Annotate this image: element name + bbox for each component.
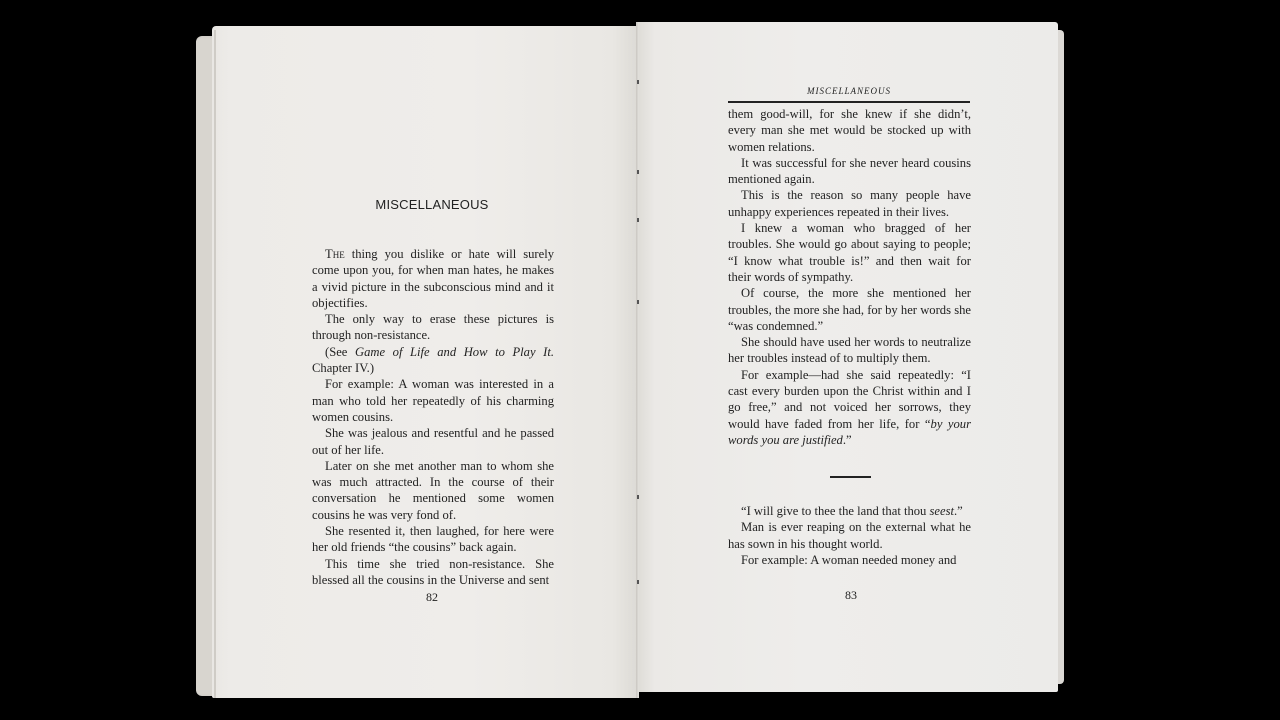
binding-thread-mark: [637, 218, 639, 222]
paragraph: This time she tried non-resistance. She …: [312, 556, 554, 589]
paragraph: Man is ever reaping on the external what…: [728, 519, 971, 552]
paragraph: them good-will, for she knew if she didn…: [728, 106, 971, 155]
section-divider: [830, 476, 871, 478]
paragraph: “I will give to thee the land that thou …: [728, 503, 971, 519]
chapter-title: MISCELLANEOUS: [312, 197, 552, 212]
paragraph: Later on she met another man to whom she…: [312, 458, 554, 523]
paragraph-text: thing you dislike or hate will surely co…: [312, 247, 554, 310]
binding-thread-mark: [637, 170, 639, 174]
paragraph-text: (See: [325, 345, 355, 359]
paragraph: I knew a woman who bragged of her troubl…: [728, 220, 971, 285]
paragraph: The thing you dislike or hate will surel…: [312, 246, 554, 311]
binding-thread-mark: [637, 495, 639, 499]
open-book: MISCELLANEOUS The thing you dislike or h…: [0, 0, 1280, 720]
paragraph: For example: A woman needed money and: [728, 552, 971, 568]
italic-word: seest: [930, 504, 954, 518]
paragraph-text: .”: [954, 504, 963, 518]
paragraph: For example: A woman was interested in a…: [312, 376, 554, 425]
page-number-left: 82: [412, 590, 452, 605]
binding-thread-mark: [637, 580, 639, 584]
paragraph: This is the reason so many people have u…: [728, 187, 971, 220]
header-rule: [728, 101, 970, 103]
paragraph: She resented it, then laughed, for here …: [312, 523, 554, 556]
paragraph-text: Chapter IV.): [312, 361, 374, 375]
paragraph: Of course, the more she mentioned her tr…: [728, 285, 971, 334]
binding-thread-mark: [637, 80, 639, 84]
running-head: MISCELLANEOUS: [728, 86, 970, 96]
book-reference: Game of Life and How to Play It.: [355, 345, 554, 359]
paragraph-text: .”: [843, 433, 852, 447]
right-page-section-2: “I will give to thee the land that thou …: [728, 503, 971, 568]
book-gutter: [636, 22, 639, 698]
paragraph: It was successful for she never heard co…: [728, 155, 971, 188]
paragraph-text: “I will give to thee the land that thou: [741, 504, 930, 518]
right-page-body: them good-will, for she knew if she didn…: [728, 106, 971, 448]
paragraph: (See Game of Life and How to Play It. Ch…: [312, 344, 554, 377]
paragraph: She should have used her words to neutra…: [728, 334, 971, 367]
paragraph: The only way to erase these pictures is …: [312, 311, 554, 344]
binding-thread-mark: [637, 300, 639, 304]
paragraph: For example—had she said repeatedly: “I …: [728, 367, 971, 448]
drop-lead-word: The: [325, 247, 345, 261]
page-number-right: 83: [831, 588, 871, 603]
paragraph: She was jealous and resentful and he pas…: [312, 425, 554, 458]
left-page-body: The thing you dislike or hate will surel…: [312, 246, 554, 588]
